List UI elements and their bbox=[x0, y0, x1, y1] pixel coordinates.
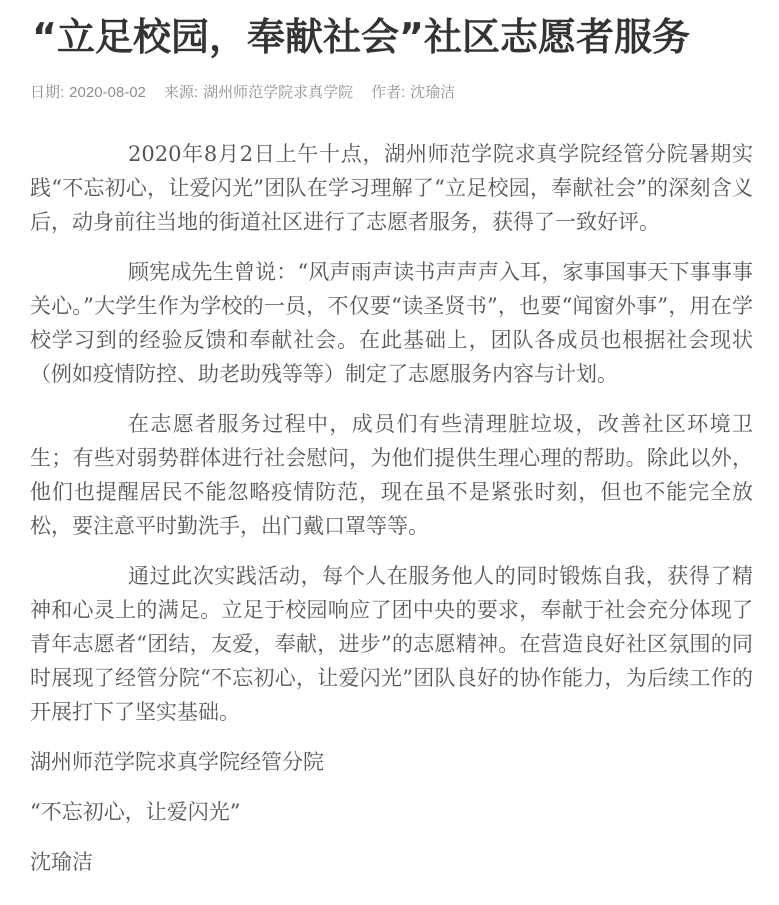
article-paragraph: 在志愿者服务过程中，成员们有些清理脏垃圾，改善社区环境卫生；有些对弱势群体进行社… bbox=[30, 407, 753, 543]
meta-source-label: 来源: bbox=[164, 84, 198, 101]
meta-author: 作者:沈瑜洁 bbox=[371, 85, 455, 101]
article-paragraph: 通过此次实践活动，每个人在服务他人的同时锻炼自我，获得了精神和心灵上的满足。立足… bbox=[30, 559, 753, 729]
meta-date: 日期:2020-08-02 bbox=[30, 85, 146, 101]
meta-author-value: 沈瑜洁 bbox=[410, 84, 455, 101]
meta-date-label: 日期: bbox=[30, 84, 64, 101]
meta-source-value: 湖州师范学院求真学院 bbox=[203, 84, 353, 101]
article-body: 2020年8月2日上午十点，湖州师范学院求真学院经管分院暑期实践“不忘初心，让爱… bbox=[30, 137, 753, 879]
meta-author-label: 作者: bbox=[371, 84, 405, 101]
article-paragraph: 2020年8月2日上午十点，湖州师范学院求真学院经管分院暑期实践“不忘初心，让爱… bbox=[30, 137, 753, 239]
signature-line-author: 沈瑜洁 bbox=[30, 845, 753, 879]
article-meta: 日期:2020-08-02 来源:湖州师范学院求真学院 作者:沈瑜洁 bbox=[30, 85, 753, 101]
article-page: “立足校园，奉献社会”社区志愿者服务 日期:2020-08-02 来源:湖州师范… bbox=[0, 0, 779, 905]
meta-date-value: 2020-08-02 bbox=[69, 84, 146, 101]
signature-line-org: 湖州师范学院求真学院经管分院 bbox=[30, 745, 753, 779]
meta-source: 来源:湖州师范学院求真学院 bbox=[164, 85, 353, 101]
signature-line-team: “不忘初心，让爱闪光” bbox=[30, 795, 753, 829]
article-paragraph: 顾宪成先生曾说：“风声雨声读书声声声入耳，家事国事天下事事事关心。”大学生作为学… bbox=[30, 255, 753, 391]
article-title: “立足校园，奉献社会”社区志愿者服务 bbox=[30, 14, 753, 60]
